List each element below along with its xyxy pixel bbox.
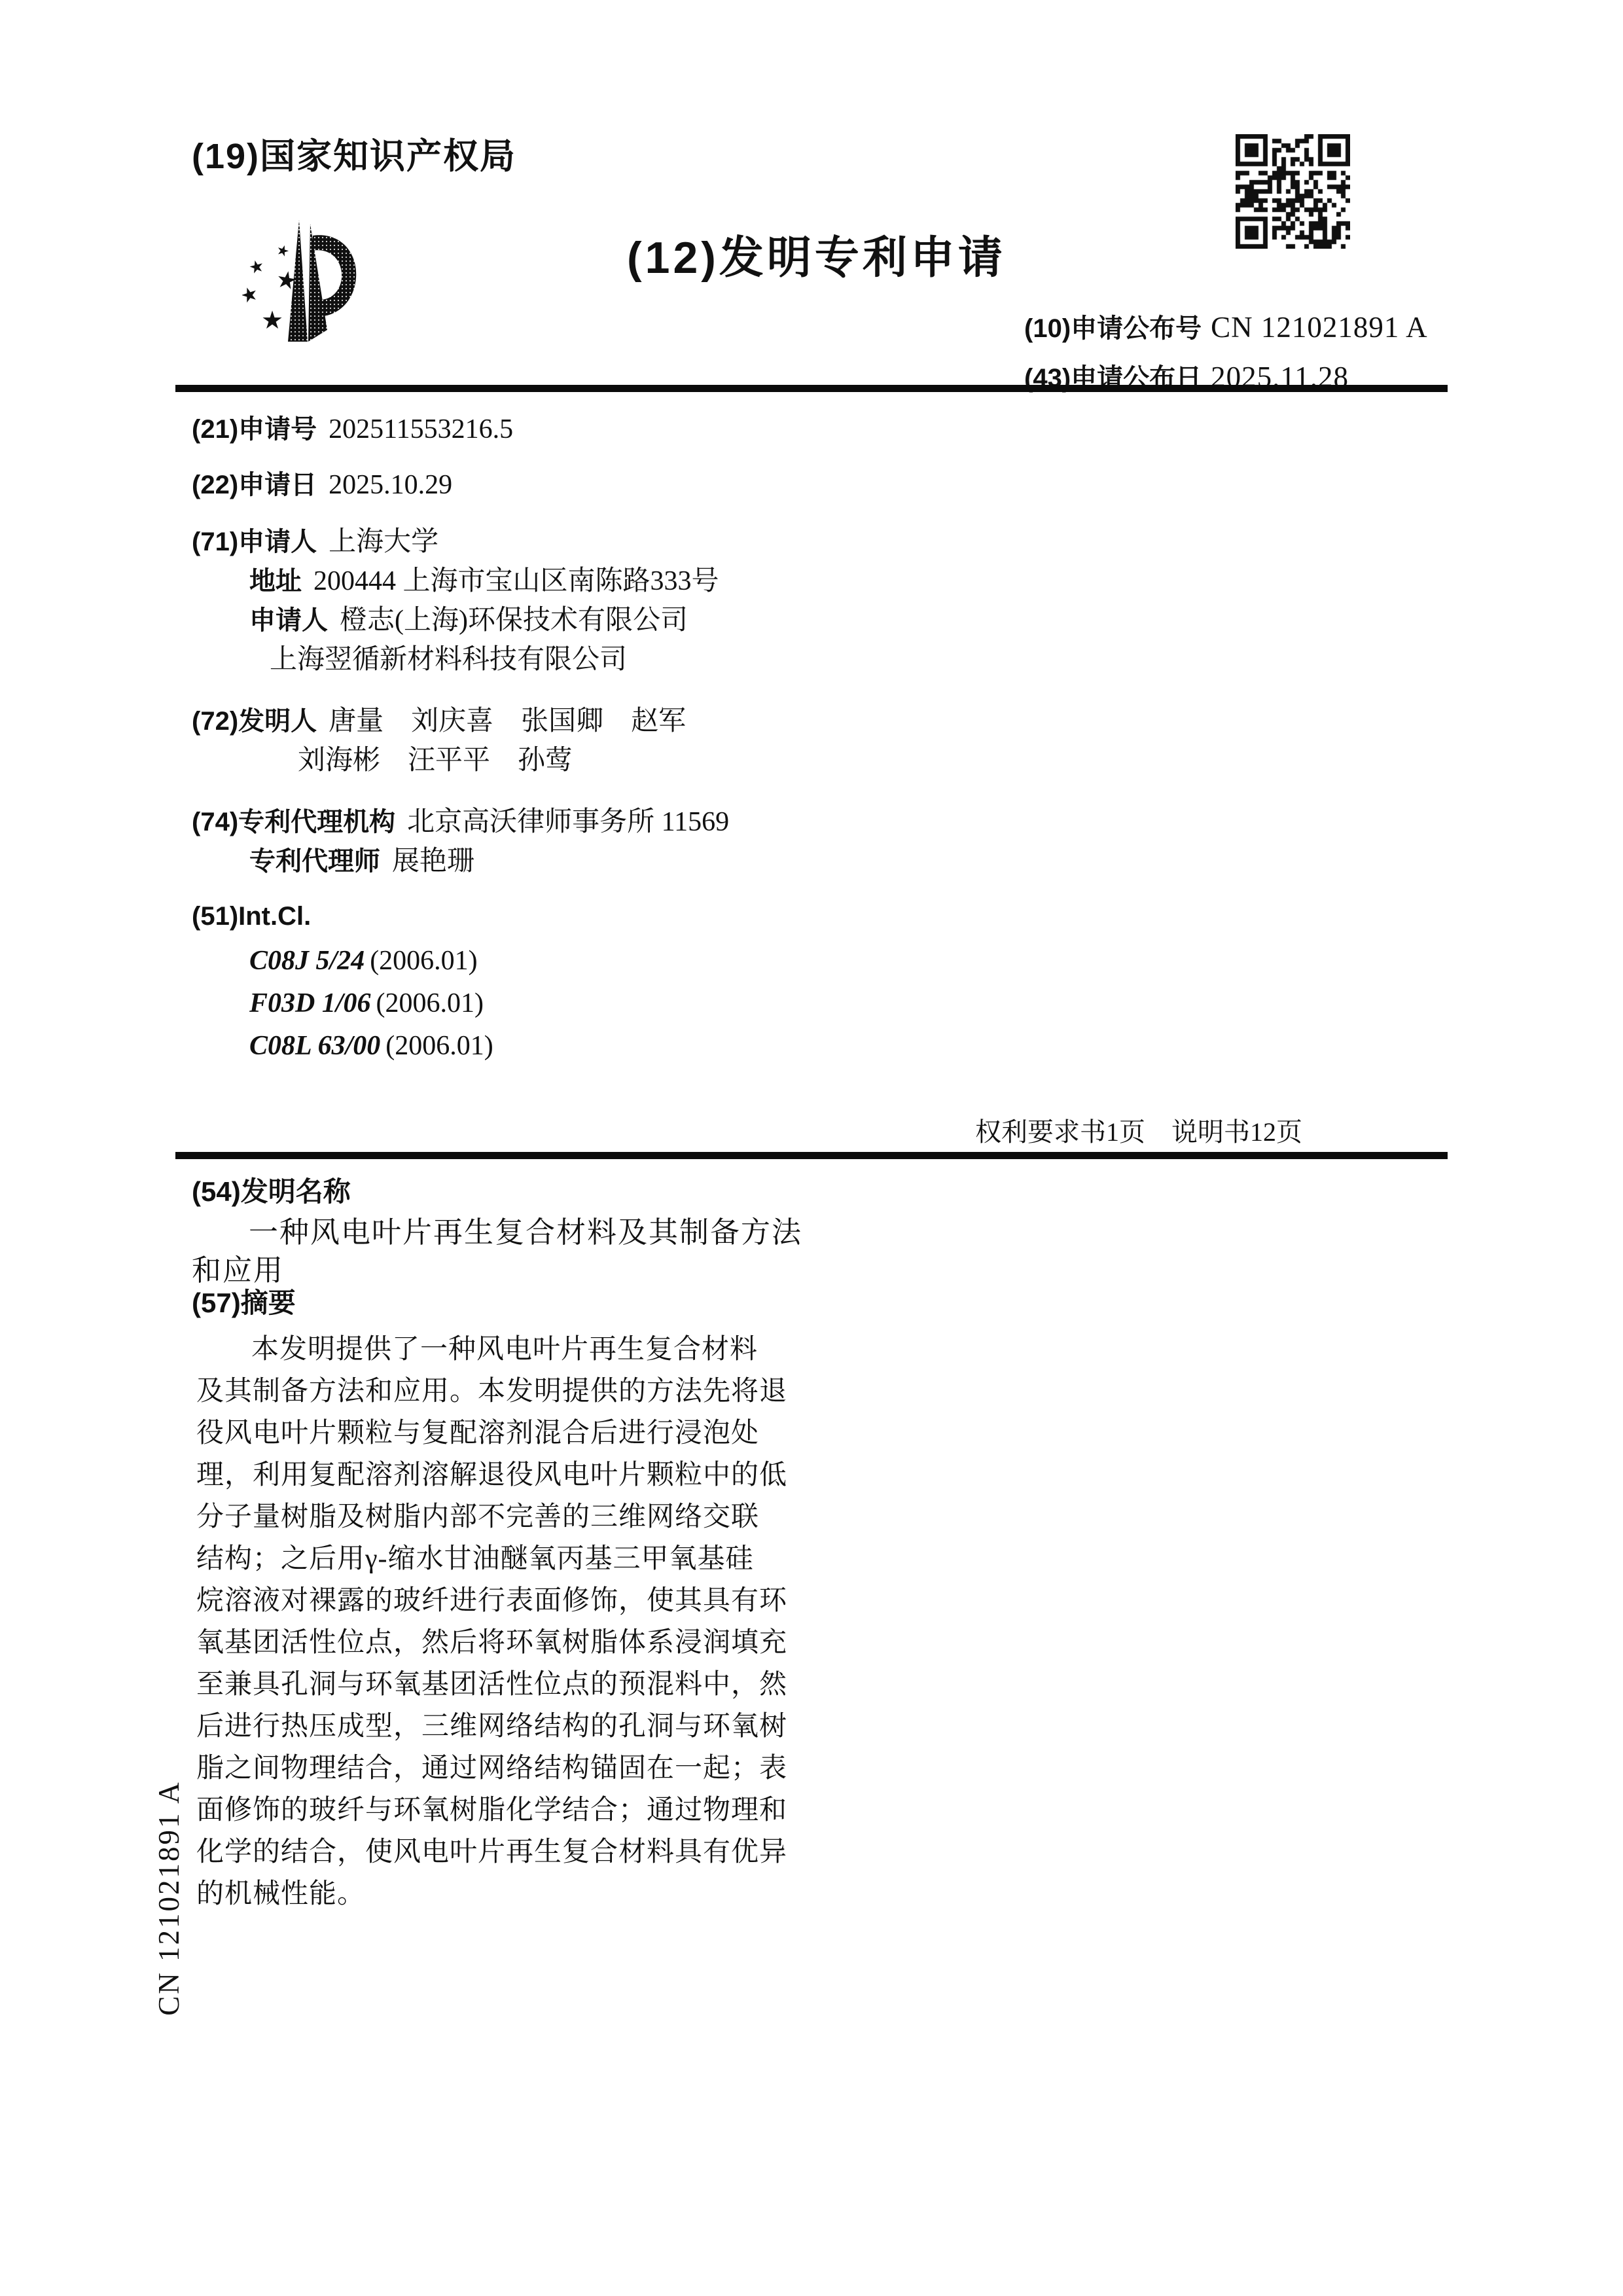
abstract-line: 脂之间物理结合，通过网络结构锚固在一起；表 [196, 1748, 772, 1789]
abstract-line: 后进行热压成型，三维网络结构的孔洞与环氧树 [196, 1706, 772, 1748]
applicant-label: (71)申请人 [192, 528, 317, 556]
agency-value: 北京高沃律师事务所 11569 [407, 807, 729, 837]
applicant2-row: 申请人橙志(上海)环保技术有限公司 [192, 598, 688, 637]
abstract-line: 化学的结合，使风电叶片再生复合材料具有优异 [196, 1831, 772, 1873]
cnipa-logo-icon: ★ ★ ★ ★ ★ [242, 216, 357, 347]
agency-row: (74)专利代理机构北京高沃律师事务所 11569 [192, 800, 729, 839]
applicant3-row: 上海翌循新材料科技有限公司 [270, 637, 627, 677]
applicant-value: 上海大学 [329, 527, 438, 557]
publication-number-label: (10)申请公布号 [1024, 314, 1202, 343]
abstract-line: 的机械性能。 [196, 1873, 772, 1915]
agent-row: 专利代理师展艳珊 [192, 839, 474, 878]
patent-front-page: (19)国家知识产权局 ★ ★ ★ ★ ★ (12)发明专利申请 (10)申请公… [0, 0, 1623, 2296]
application-number-label: (21)申请号 [192, 415, 317, 444]
int-cl-code-1: C08J 5/24 [249, 946, 365, 976]
issuing-office: (19)国家知识产权局 [192, 128, 516, 179]
abstract-line: 结构；之后用γ-缩水甘油醚氧丙基三甲氧基硅 [196, 1538, 772, 1580]
inventors-row: (72)发明人唐量 刘庆喜 张国卿 赵军 [192, 699, 686, 738]
inventors-row2: 刘海彬 汪平平 孙莺 [298, 738, 573, 778]
invention-title-line1: 一种风电叶片再生复合材料及其制备方法 [249, 1208, 802, 1251]
abstract-label: (57)摘要 [192, 1282, 296, 1321]
application-number-row: (21)申请号202511553216.5 [192, 408, 513, 446]
svg-text:★: ★ [247, 256, 266, 279]
applicant-row: (71)申请人上海大学 [192, 520, 438, 559]
address-value: 200444 上海市宝山区南陈路333号 [313, 566, 719, 596]
header-divider [175, 385, 1448, 392]
inventors-label: (72)发明人 [192, 707, 317, 736]
invention-title-label: (54)发明名称 [192, 1170, 351, 1210]
int-cl-version-3: (2006.01) [385, 1031, 493, 1061]
publication-number-value: CN 121021891 A [1211, 311, 1428, 344]
int-cl-entry-1: C08J 5/24(2006.01) [192, 945, 478, 977]
abstract-line: 烷溶液对裸露的玻纤进行表面修饰，使其具有环 [196, 1580, 772, 1622]
agency-label: (74)专利代理机构 [192, 808, 395, 836]
application-date-label: (22)申请日 [192, 471, 317, 499]
int-cl-row: (51)Int.Cl. [192, 901, 311, 931]
application-date-row: (22)申请日2025.10.29 [192, 464, 452, 501]
applicant2-label: 申请人 [249, 606, 328, 635]
qr-code [1236, 134, 1350, 249]
int-cl-entry-2: F03D 1/06(2006.01) [192, 988, 484, 1019]
publication-number-row: (10)申请公布号CN 121021891 A [1024, 308, 1428, 345]
inventors-line2: 刘海彬 汪平平 孙莺 [298, 745, 573, 776]
int-cl-version-1: (2006.01) [370, 946, 477, 976]
int-cl-label: (51)Int.Cl. [192, 902, 311, 931]
abstract-line: 氧基团活性位点，然后将环氧树脂体系浸润填充 [196, 1622, 772, 1664]
application-date-value: 2025.10.29 [329, 470, 452, 500]
svg-text:★: ★ [274, 242, 291, 261]
applicant2-value: 橙志(上海)环保技术有限公司 [340, 605, 688, 636]
inventors-line1: 唐量 刘庆喜 张国卿 赵军 [329, 706, 686, 736]
int-cl-entry-3: C08L 63/00(2006.01) [192, 1030, 493, 1062]
pages-info: 权利要求书1页 说明书12页 [975, 1111, 1302, 1149]
agent-value: 展艳珊 [392, 846, 474, 876]
abstract-line: 分子量树脂及树脂内部不完善的三维网络交联 [196, 1496, 772, 1538]
abstract-line: 至兼具孔洞与环氧基团活性位点的预混料中，然 [196, 1664, 772, 1706]
side-publication-code: CN 121021891 A [152, 1780, 186, 2016]
logo-monument [288, 220, 356, 342]
application-number-value: 202511553216.5 [329, 414, 513, 444]
abstract-line: 面修饰的玻纤与环氧树脂化学结合；通过物理和 [196, 1789, 772, 1831]
abstract-line: 理，利用复配溶剂溶解退役风电叶片颗粒中的低 [196, 1454, 772, 1496]
abstract-line: 役风电叶片颗粒与复配溶剂混合后进行浸泡处 [196, 1412, 772, 1454]
agent-label: 专利代理师 [249, 847, 380, 876]
address-row: 地址200444 上海市宝山区南陈路333号 [192, 559, 719, 598]
address-label: 地址 [249, 567, 302, 596]
int-cl-code-2: F03D 1/06 [249, 988, 371, 1018]
applicant3-value: 上海翌循新材料科技有限公司 [270, 645, 627, 675]
abstract-line: 及其制备方法和应用。本发明提供的方法先将退 [196, 1371, 772, 1412]
document-type-title: (12)发明专利申请 [627, 223, 1006, 286]
section-divider [175, 1152, 1448, 1159]
abstract-line: 本发明提供了一种风电叶片再生复合材料 [196, 1329, 772, 1371]
svg-text:★: ★ [261, 306, 283, 334]
int-cl-code-3: C08L 63/00 [249, 1031, 380, 1061]
int-cl-version-2: (2006.01) [376, 988, 484, 1018]
svg-text:★: ★ [242, 281, 261, 309]
